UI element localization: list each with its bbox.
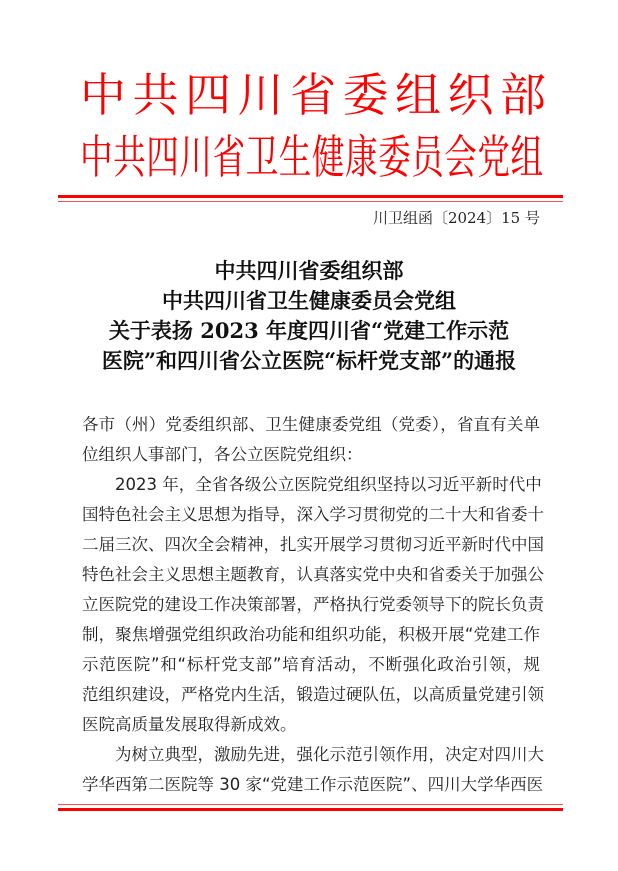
body-line: 立医院党的建设工作决策部署，严格执行党委领导下的院长负责 — [82, 590, 540, 620]
body-line: 位组织人事部门，各公立医院党组织： — [82, 440, 540, 470]
letterhead-line-2: 中共四川省卫生健康委员会党组 — [80, 128, 546, 186]
body-line: 范组织建设，严格党内生活，锻造过硬队伍，以高质量党建引领 — [82, 680, 540, 710]
title-line-4: 医院”和四川省公立医院“标杆党支部”的通报 — [60, 346, 558, 376]
body-line: 特色社会主义思想主题教育，认真落实党中央和省委关于加强公 — [82, 560, 540, 590]
body-line: 各市（州）党委组织部、卫生健康委党组（党委），省直有关单 — [82, 410, 540, 440]
footer-rule-thick — [58, 808, 563, 811]
document-page: 中共四川省委组织部 中共四川省卫生健康委员会党组 川卫组函〔2024〕15 号 … — [0, 0, 618, 871]
body-line: 学华西第二医院等 30 家“党建工作示范医院”、四川大学华西医 — [82, 770, 540, 800]
body-line: 医院高质量发展取得新成效。 — [82, 710, 540, 740]
letterhead-line-1: 中共四川省委组织部 — [80, 66, 546, 124]
body-line: 国特色社会主义思想为指导，深入学习贯彻党的二十大和省委十 — [82, 500, 540, 530]
body-line: 为树立典型，激励先进，强化示范引领作用，决定对四川大 — [115, 740, 540, 770]
header-rule-thin — [58, 201, 563, 202]
footer-rule-thin — [58, 804, 563, 805]
letterhead-line-2-text: 中共四川省卫生健康委员会党组 — [80, 128, 543, 186]
body-line: 制，聚焦增强党组织政治功能和组织功能，积极开展“党建工作 — [82, 620, 540, 650]
title-line-1: 中共四川省委组织部 — [60, 256, 558, 286]
document-number: 川卫组函〔2024〕15 号 — [373, 208, 540, 228]
body-line: 2023 年，全省各级公立医院党组织坚持以习近平新时代中 — [115, 470, 540, 500]
title-line-3: 关于表扬 2023 年度四川省“党建工作示范 — [60, 316, 558, 346]
title-line-2: 中共四川省卫生健康委员会党组 — [60, 286, 558, 316]
header-rule-thick — [58, 195, 563, 198]
body-line: 二届三次、四次全会精神，扎实开展学习贯彻习近平新时代中国 — [82, 530, 540, 560]
body-line: 示范医院”和“标杆党支部”培育活动，不断强化政治引领，规 — [82, 650, 540, 680]
